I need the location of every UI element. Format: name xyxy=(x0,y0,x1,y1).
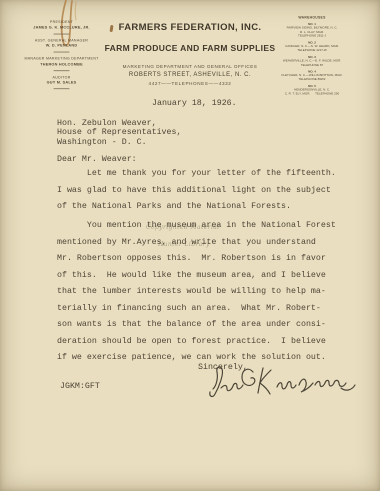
divider xyxy=(54,33,70,34)
letter-date: January 18, 1926. xyxy=(152,99,237,108)
warehouse-entry: NO. 1 FAIRVIEW SIDING, BILTMORE, N. C. R… xyxy=(252,23,372,38)
warehouse-detail: CANDLER, N. C.—S. W. HEARD, MGR. TELEPHO… xyxy=(252,45,372,53)
divider xyxy=(54,70,70,71)
letter-page: PRESIDENT JAMES G. K. MCCLURE, JR. ASST.… xyxy=(0,0,380,491)
warehouse-detail: WEAVERVILLE, N. C.—E. F. WILDE, MGR. TEL… xyxy=(252,59,372,67)
warehouse-detail: FLETCHER, N. C.—WILLIS BRITTAIN, MGR. TE… xyxy=(252,74,372,82)
warehouse-detail: HENDERSONVILLE, N. C. C. R. T. ELY, MGR.… xyxy=(252,88,372,96)
body-paragraph: Let me thank you for your letter of the … xyxy=(57,166,336,216)
recipient-address: Hon. Zebulon Weaver, House of Representa… xyxy=(57,119,181,147)
warehouses-header: WAREHOUSES xyxy=(252,16,372,20)
warehouse-detail: FAIRVIEW SIDING, BILTMORE, N. C. R. L. C… xyxy=(252,26,372,38)
warehouses-column: WAREHOUSES NO. 1 FAIRVIEW SIDING, BILTMO… xyxy=(252,16,372,96)
salutation: Dear Mr. Weaver: xyxy=(57,155,137,164)
warehouse-entry: NO. 2 CANDLER, N. C.—S. W. HEARD, MGR. T… xyxy=(252,41,372,53)
handwritten-signature xyxy=(205,361,357,401)
scanned-letter: PRESIDENT JAMES G. K. MCCLURE, JR. ASST.… xyxy=(0,0,380,491)
divider xyxy=(54,52,70,53)
warehouse-entry: NO. 4 FLETCHER, N. C.—WILLIS BRITTAIN, M… xyxy=(252,70,372,82)
typist-initials: JGKM:GFT xyxy=(60,382,100,391)
warehouse-entry: NO. 5 HENDERSONVILLE, N. C. C. R. T. ELY… xyxy=(252,85,372,97)
divider xyxy=(54,88,70,89)
warehouse-entry: NO. 3 WEAVERVILLE, N. C.—E. F. WILDE, MG… xyxy=(252,56,372,68)
body-paragraph: You mention the museum area in the Natio… xyxy=(57,218,336,367)
